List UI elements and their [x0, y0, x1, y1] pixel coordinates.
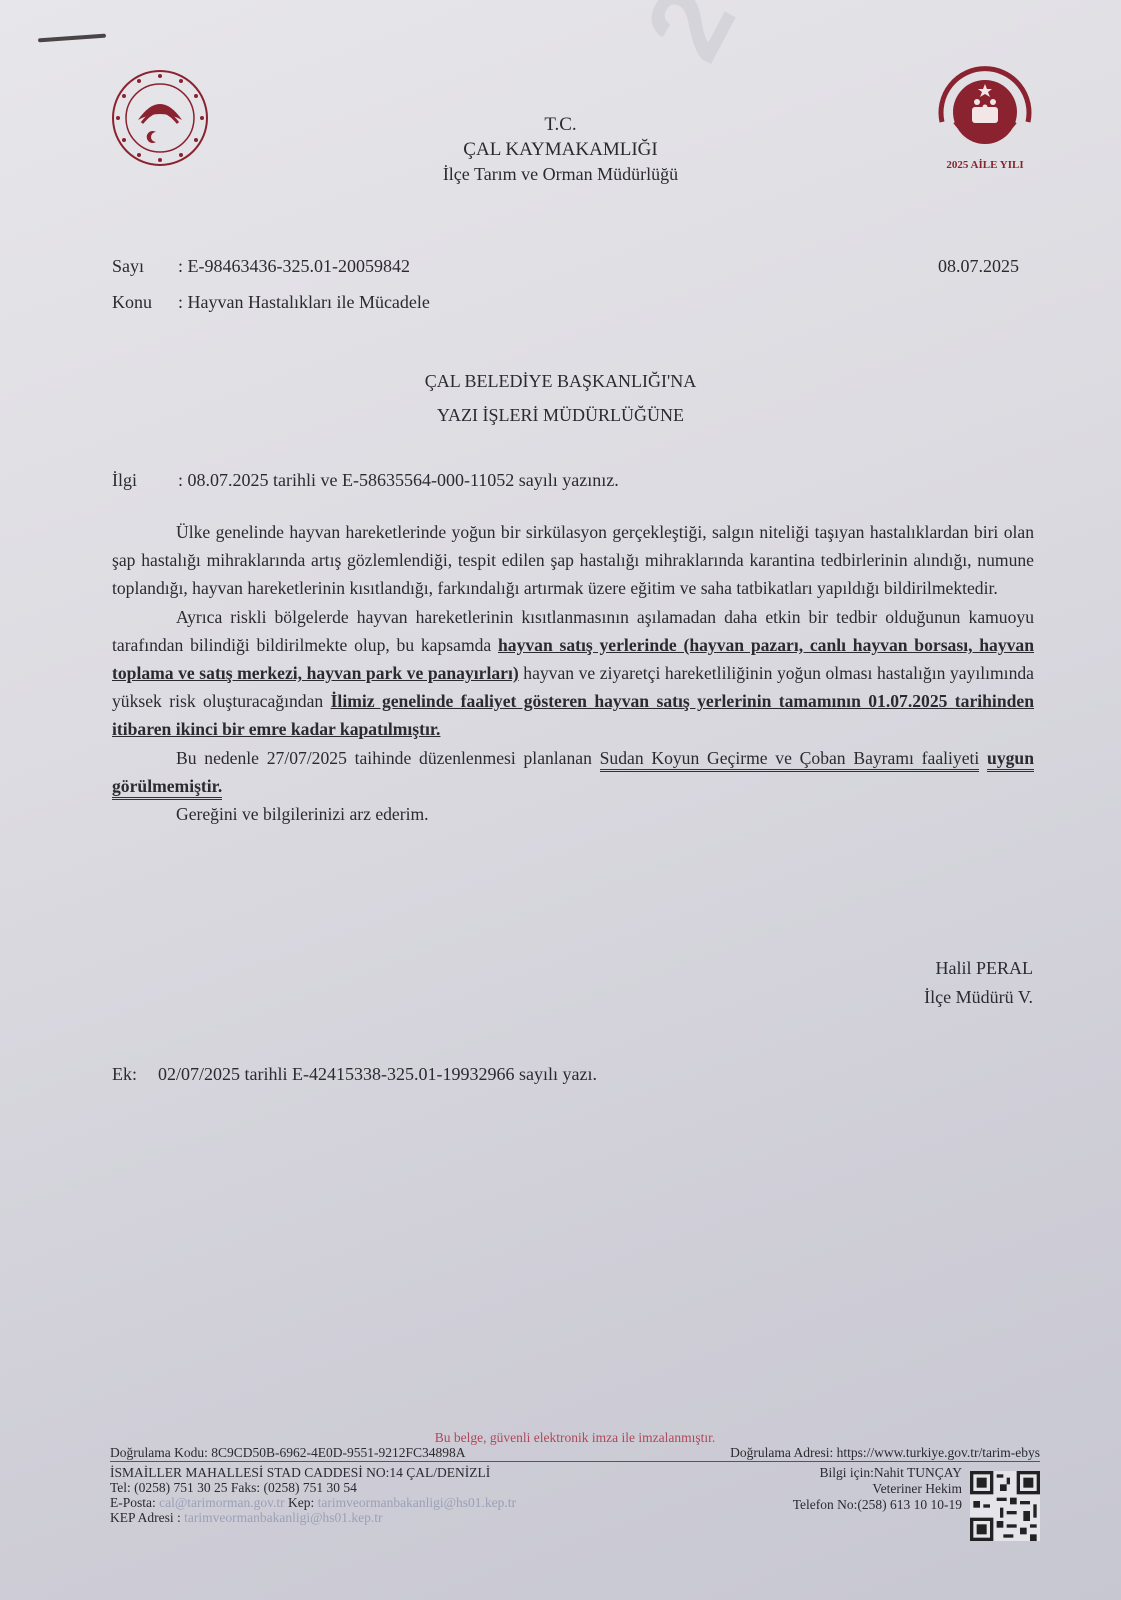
kep-label: Kep: — [288, 1495, 314, 1510]
paragraph-4: Gereğini ve bilgilerinizi arz ederim. — [112, 800, 1034, 828]
contact-person: Bilgi için:Nahit TUNÇAY — [793, 1465, 962, 1481]
email-link[interactable]: cal@tarimorman.gov.tr — [159, 1495, 285, 1510]
document-page: 2744591 - 36274511 2025 AİLE YILI T — [0, 0, 1121, 1600]
contact-info: Bilgi için:Nahit TUNÇAY Veteriner Hekim … — [793, 1465, 962, 1513]
qr-code-icon[interactable] — [970, 1471, 1040, 1541]
recipient-line-1: ÇAL BELEDİYE BAŞKANLIĞI'NA — [0, 364, 1121, 398]
contact-block: Bilgi için:Nahit TUNÇAY Veteriner Hekim … — [793, 1465, 1040, 1541]
watermark: 2744591 - 36274511 — [620, 0, 1121, 80]
kep-address-row: KEP Adresi : tarimveormanbakanligi@hs01.… — [110, 1510, 516, 1525]
signer-title: İlçe Müdürü V. — [924, 983, 1033, 1012]
document-date: 08.07.2025 — [938, 256, 1019, 277]
ilgi-value: : 08.07.2025 tarihli ve E-58635564-000-1… — [178, 470, 619, 490]
letterhead-line-3: İlçe Tarım ve Orman Müdürlüğü — [0, 162, 1121, 187]
attachment-value: 02/07/2025 tarihli E-42415338-325.01-199… — [158, 1064, 597, 1084]
signature-block: Halil PERAL İlçe Müdürü V. — [924, 954, 1033, 1012]
verification-row: Doğrulama Kodu: 8C9CD50B-6962-4E0D-9551-… — [110, 1445, 1040, 1462]
letterhead: T.C. ÇAL KAYMAKAMLIĞI İlçe Tarım ve Orma… — [0, 112, 1121, 187]
letterhead-line-2: ÇAL KAYMAKAMLIĞI — [0, 137, 1121, 162]
kep-address-link[interactable]: tarimveormanbakanligi@hs01.kep.tr — [184, 1510, 382, 1525]
footer: Bu belge, güvenli elektronik imza ile im… — [110, 1430, 1040, 1541]
email-label: E-Posta: — [110, 1495, 156, 1510]
kep-link[interactable]: tarimveormanbakanligi@hs01.kep.tr — [318, 1495, 516, 1510]
konu-label: Konu — [112, 292, 178, 313]
recipient-line-2: YAZI İŞLERİ MÜDÜRLÜĞÜNE — [0, 398, 1121, 432]
kep-address-label: KEP Adresi : — [110, 1510, 181, 1525]
contact-phone: Telefon No:(258) 613 10 10-19 — [793, 1497, 962, 1513]
p3-space — [979, 748, 987, 768]
attachment-row: Ek:02/07/2025 tarihli E-42415338-325.01-… — [112, 1064, 597, 1085]
postal-address: İSMAİLLER MAHALLESİ STAD CADDESİ NO:14 Ç… — [110, 1465, 516, 1480]
tel-fax: Tel: (0258) 751 30 25 Faks: (0258) 751 3… — [110, 1480, 516, 1495]
address-left: İSMAİLLER MAHALLESİ STAD CADDESİ NO:14 Ç… — [110, 1465, 516, 1541]
paragraph-1: Ülke genelinde hayvan hareketlerinde yoğ… — [112, 518, 1034, 603]
verification-code: Doğrulama Kodu: 8C9CD50B-6962-4E0D-9551-… — [110, 1445, 465, 1460]
paragraph-3: Bu nedenle 27/07/2025 taihinde düzenlenm… — [112, 744, 1034, 800]
p3-event-name: Sudan Koyun Geçirme ve Çoban Bayramı faa… — [600, 748, 980, 772]
email-row: E-Posta: cal@tarimorman.gov.tr Kep: tari… — [110, 1495, 516, 1510]
konu-value: : Hayvan Hastalıkları ile Mücadele — [178, 292, 430, 312]
konu-row: Konu: Hayvan Hastalıkları ile Mücadele — [112, 292, 430, 313]
sayi-label: Sayı — [112, 256, 178, 277]
letterhead-line-1: T.C. — [0, 112, 1121, 137]
sayi-row: Sayı: E-98463436-325.01-20059842 — [112, 256, 410, 277]
ilgi-label: İlgi — [112, 470, 178, 491]
signer-name: Halil PERAL — [924, 954, 1033, 983]
pen-mark — [38, 34, 106, 43]
address-block: İSMAİLLER MAHALLESİ STAD CADDESİ NO:14 Ç… — [110, 1465, 1040, 1541]
p3-text-a: Bu nedenle 27/07/2025 taihinde düzenlenm… — [176, 748, 600, 768]
sayi-value: : E-98463436-325.01-20059842 — [178, 256, 410, 276]
attachment-label: Ek: — [112, 1064, 158, 1085]
verification-address[interactable]: Doğrulama Adresi: https://www.turkiye.go… — [730, 1445, 1040, 1460]
esign-note: Bu belge, güvenli elektronik imza ile im… — [110, 1430, 1040, 1445]
ilgi-row: İlgi: 08.07.2025 tarihli ve E-58635564-0… — [112, 470, 619, 491]
recipient: ÇAL BELEDİYE BAŞKANLIĞI'NA YAZI İŞLERİ M… — [0, 364, 1121, 432]
paragraph-2: Ayrıca riskli bölgelerde hayvan hareketl… — [112, 603, 1034, 744]
contact-role: Veteriner Hekim — [793, 1481, 962, 1497]
letter-body: Ülke genelinde hayvan hareketlerinde yoğ… — [112, 518, 1034, 828]
